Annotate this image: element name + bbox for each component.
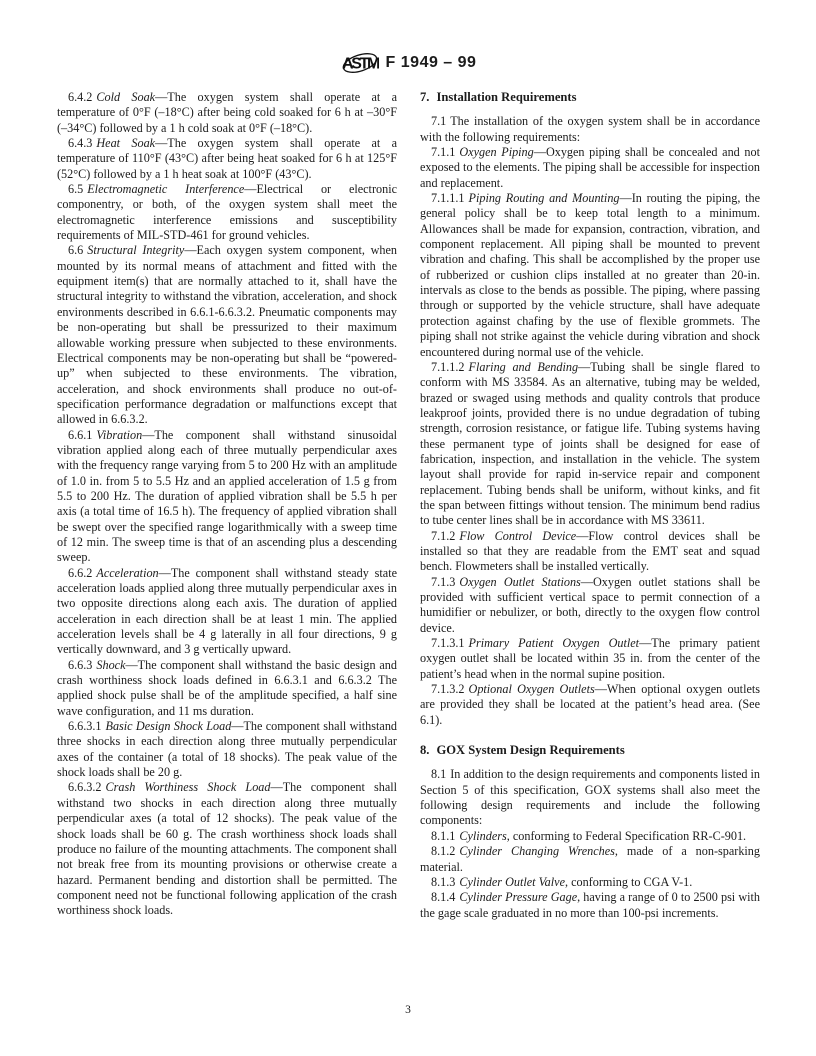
clause-paragraph: 8.1.4Cylinder Pressure Gage, having a ra… bbox=[420, 890, 760, 921]
clause-paragraph: 7.1.3.2Optional Oxygen Outlets—When opti… bbox=[420, 682, 760, 728]
clause-title: Acceleration bbox=[96, 566, 158, 580]
clause-number: 6.6.3 bbox=[68, 658, 92, 672]
clause-title: Cylinder Pressure Gage bbox=[459, 890, 577, 904]
clause-paragraph: 8.1.2Cylinder Changing Wrenches, made of… bbox=[420, 844, 760, 875]
clause-title: Crash Worthiness Shock Load bbox=[106, 780, 271, 794]
clause-paragraph: 6.6.2Acceleration—The component shall wi… bbox=[57, 566, 397, 658]
document-code: F 1949 – 99 bbox=[386, 54, 477, 72]
clause-title: Oxygen Outlet Stations bbox=[459, 575, 580, 589]
page-number: 3 bbox=[0, 1004, 816, 1016]
document-header: ASTM F 1949 – 99 bbox=[57, 46, 760, 80]
clause-paragraph: 6.6.1Vibration—The component shall withs… bbox=[57, 428, 397, 566]
clause-paragraph: 6.6.3.2Crash Worthiness Shock Load—The c… bbox=[57, 780, 397, 918]
clause-title: Cylinder Outlet Valve bbox=[459, 875, 565, 889]
clause-paragraph: 7.1.3.1Primary Patient Oxygen Outlet—The… bbox=[420, 636, 760, 682]
clause-number: 6.6.3.1 bbox=[68, 719, 102, 733]
clause-paragraph: 7.1The installation of the oxygen system… bbox=[420, 114, 760, 145]
clause-number: 8.1.3 bbox=[431, 875, 455, 889]
astm-logo-icon: ASTM bbox=[341, 48, 379, 78]
clause-number: 8.1.4 bbox=[431, 890, 455, 904]
clause-paragraph: 6.6.3.1Basic Design Shock Load—The compo… bbox=[57, 719, 397, 780]
document-page: ASTM F 1949 – 99 6.4.2Cold Soak—The oxyg… bbox=[0, 0, 816, 1056]
clause-title: Oxygen Piping bbox=[459, 145, 533, 159]
clause-paragraph: 7.1.3Oxygen Outlet Stations—Oxygen outle… bbox=[420, 575, 760, 636]
clause-title: Flaring and Bending bbox=[469, 360, 579, 374]
clause-text: In addition to the design requirements a… bbox=[420, 767, 760, 827]
clause-number: 8.1 bbox=[431, 767, 446, 781]
section-heading: 8.GOX System Design Requirements bbox=[420, 743, 760, 758]
clause-number: 7.1.3.1 bbox=[431, 636, 465, 650]
clause-number: 8.1.1 bbox=[431, 829, 455, 843]
clause-title: Structural Integrity bbox=[87, 243, 184, 257]
clause-number: 7.1.1 bbox=[431, 145, 455, 159]
clause-title: Flow Control Device bbox=[459, 529, 576, 543]
clause-title: Primary Patient Oxygen Outlet bbox=[469, 636, 640, 650]
clause-number: 7.1.3.2 bbox=[431, 682, 465, 696]
clause-title: Vibration bbox=[96, 428, 142, 442]
clause-paragraph: 6.6Structural Integrity—Each oxygen syst… bbox=[57, 243, 397, 427]
svg-text:ASTM: ASTM bbox=[342, 56, 379, 73]
clause-text: —Each oxygen system component, when moun… bbox=[57, 243, 397, 426]
clause-number: 6.5 bbox=[68, 182, 83, 196]
clause-title: Cylinder Changing Wrenches bbox=[459, 844, 615, 858]
clause-number: 7.1.3 bbox=[431, 575, 455, 589]
left-column: 6.4.2Cold Soak—The oxygen system shall o… bbox=[57, 90, 397, 919]
clause-number: 6.6.3.2 bbox=[68, 780, 102, 794]
clause-title: Shock bbox=[96, 658, 125, 672]
clause-paragraph: 6.4.3Heat Soak—The oxygen system shall o… bbox=[57, 136, 397, 182]
section-heading-number: 7. bbox=[420, 90, 429, 104]
clause-number: 7.1.1.2 bbox=[431, 360, 465, 374]
clause-paragraph: 8.1.1Cylinders, conforming to Federal Sp… bbox=[420, 829, 760, 844]
clause-paragraph: 6.4.2Cold Soak—The oxygen system shall o… bbox=[57, 90, 397, 136]
clause-number: 8.1.2 bbox=[431, 844, 455, 858]
clause-paragraph: 7.1.1Oxygen Piping—Oxygen piping shall b… bbox=[420, 145, 760, 191]
clause-title: Piping Routing and Mounting bbox=[469, 191, 620, 205]
clause-title: Cold Soak bbox=[96, 90, 155, 104]
clause-paragraph: 7.1.1.1Piping Routing and Mounting—In ro… bbox=[420, 191, 760, 360]
clause-text: —The component shall withstand two shock… bbox=[57, 780, 397, 917]
clause-paragraph: 8.1.3Cylinder Outlet Valve, conforming t… bbox=[420, 875, 760, 890]
clause-title: Cylinders bbox=[459, 829, 506, 843]
clause-title: Basic Design Shock Load bbox=[106, 719, 232, 733]
clause-paragraph: 6.6.3Shock—The component shall withstand… bbox=[57, 658, 397, 719]
clause-title: Electromagnetic Interference bbox=[87, 182, 244, 196]
clause-title: Optional Oxygen Outlets bbox=[469, 682, 595, 696]
section-heading-label: Installation Requirements bbox=[436, 90, 576, 104]
clause-text: , conforming to CGA V-1. bbox=[565, 875, 692, 889]
clause-number: 6.6.2 bbox=[68, 566, 92, 580]
clause-text: The installation of the oxygen system sh… bbox=[420, 114, 760, 143]
clause-number: 7.1.2 bbox=[431, 529, 455, 543]
clause-title: Heat Soak bbox=[96, 136, 155, 150]
clause-number: 6.6 bbox=[68, 243, 83, 257]
right-column: 7.Installation Requirements7.1The instal… bbox=[420, 90, 760, 921]
clause-number: 7.1.1.1 bbox=[431, 191, 465, 205]
clause-number: 6.6.1 bbox=[68, 428, 92, 442]
clause-number: 6.4.2 bbox=[68, 90, 92, 104]
clause-number: 6.4.3 bbox=[68, 136, 92, 150]
clause-number: 7.1 bbox=[431, 114, 446, 128]
section-heading: 7.Installation Requirements bbox=[420, 90, 760, 105]
clause-paragraph: 8.1In addition to the design requirement… bbox=[420, 767, 760, 828]
clause-text: —Tubing shall be single flared to confor… bbox=[420, 360, 760, 527]
clause-paragraph: 7.1.2Flow Control Device—Flow control de… bbox=[420, 529, 760, 575]
clause-text: —The component shall withstand sinusoida… bbox=[57, 428, 397, 565]
clause-text: , conforming to Federal Specification RR… bbox=[507, 829, 746, 843]
two-column-body: 6.4.2Cold Soak—The oxygen system shall o… bbox=[57, 90, 760, 921]
section-heading-number: 8. bbox=[420, 743, 429, 757]
clause-paragraph: 6.5Electromagnetic Interference—Electric… bbox=[57, 182, 397, 243]
section-heading-label: GOX System Design Requirements bbox=[436, 743, 624, 757]
clause-paragraph: 7.1.1.2Flaring and Bending—Tubing shall … bbox=[420, 360, 760, 529]
clause-text: —In routing the piping, the general poli… bbox=[420, 191, 760, 358]
